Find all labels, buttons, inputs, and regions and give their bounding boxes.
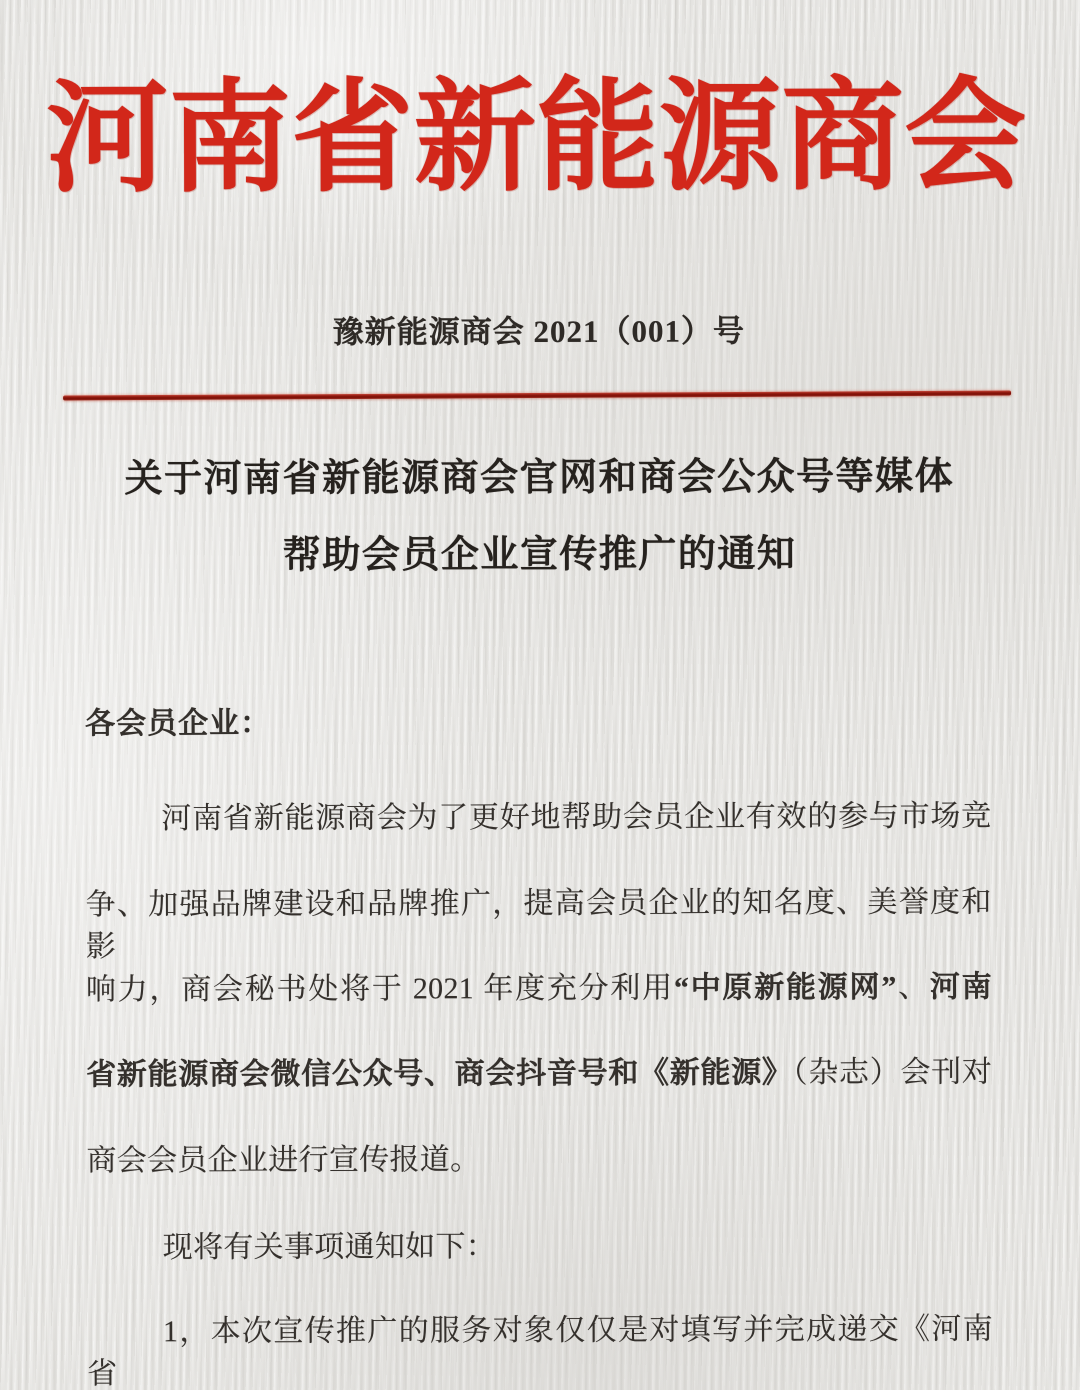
body-line-3-separator: 、 — [897, 971, 930, 1004]
doc-title-line2: 帮助会员企业宣传推广的通知 — [0, 521, 1080, 579]
doc-title-line1: 关于河南省新能源商会官网和商会公众号等媒体 — [0, 444, 1079, 502]
media-name-zhongyuan-xinnengyuan-wang: “中原新能源网” — [674, 971, 897, 1005]
body-line-6: 现将有关事项通知如下： — [87, 1225, 993, 1270]
org-masthead-title: 河南省新能源商会 — [46, 72, 1026, 215]
media-name-henan-prefix: 河南 — [930, 971, 992, 1004]
body-line-4-text: （杂志）会刊对 — [793, 1056, 993, 1090]
body-line-1: 河南省新能源商会为了更好地帮助会员企业有效的参与市场竞 — [85, 796, 991, 841]
body-line-3: 响力，商会秘书处将于 2021 年度充分利用“中原新能源网”、河南 — [86, 967, 992, 1012]
salutation: 各会员企业： — [85, 701, 991, 746]
body-line-3-text: 响力，商会秘书处将于 2021 年度充分利用 — [86, 972, 674, 1007]
body-line-2: 争、加强品牌建设和品牌推广，提高会员企业的知名度、美誉度和影 — [86, 882, 992, 969]
red-divider-rule — [63, 391, 1011, 401]
body-line-5: 商会会员企业进行宣传报道。 — [86, 1138, 992, 1183]
body-line-7: 1，本次宣传推广的服务对象仅仅是对填写并完成递交《河南省 — [87, 1309, 993, 1390]
body-line-4: 省新能源商会微信公众号、商会抖音号和《新能源》（杂志）会刊对 — [86, 1052, 992, 1097]
document-content: 河南省新能源商会 豫新能源商会 2021（001）号 关于河南省新能源商会官网和… — [0, 0, 1080, 1390]
doc-reference-number: 豫新能源商会 2021（001）号 — [0, 304, 1079, 352]
scanned-document-page: 河南省新能源商会 豫新能源商会 2021（001）号 关于河南省新能源商会官网和… — [0, 0, 1080, 1390]
media-name-wechat-douyin-journal: 省新能源商会微信公众号、商会抖音号和《新能源》 — [86, 1056, 793, 1091]
